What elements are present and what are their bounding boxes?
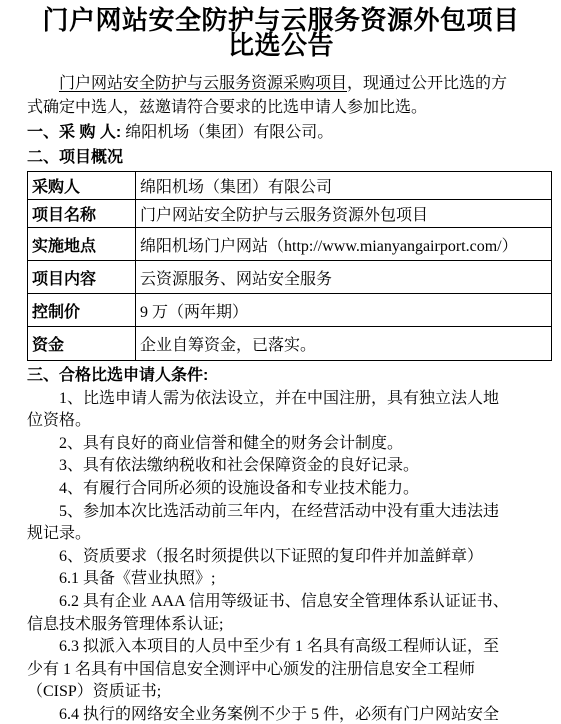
row-value: 企业自筹资金，已落实。: [136, 327, 552, 361]
page-title-line2: 比选公告: [228, 30, 334, 60]
overview-heading: 二、项目概况: [27, 145, 535, 170]
table-row-project-name: 项目名称 门户网站安全防护与云服务资源外包项目: [28, 200, 552, 228]
table-row-content: 项目内容 云资源服务、网站安全服务: [28, 261, 552, 294]
row-value: 9 万（两年期）: [136, 294, 552, 327]
intro-underlined-project-name: 门户网站安全防护与云服务资源采购项目: [59, 75, 347, 92]
row-label: 项目名称: [28, 200, 136, 228]
row-label: 实施地点: [28, 228, 136, 261]
row-label: 项目内容: [28, 261, 136, 294]
row-value: 绵阳机场（集团）有限公司: [136, 172, 552, 200]
condition-item-6-3: 6.3 拟派入本项目的人员中至少有 1 名具有高级工程师认证，至 少有 1 名具…: [27, 636, 535, 704]
condition-item-5: 5、参加本次比选活动前三年内，在经营活动中没有重大违法违 规记录。: [27, 501, 535, 546]
row-label: 资金: [28, 327, 136, 361]
row-value: 门户网站安全防护与云服务资源外包项目: [136, 200, 552, 228]
table-row-purchaser: 采购人 绵阳机场（集团）有限公司: [28, 172, 552, 200]
table-row-control-price: 控制价 9 万（两年期）: [28, 294, 552, 327]
row-value: 云资源服务、网站安全服务: [136, 261, 552, 294]
intro-paragraph: 门户网站安全防护与云服务资源采购项目，现通过公开比选的方 式确定中选人，兹邀请符…: [27, 72, 535, 120]
buyer-label: 一、采 购 人:: [27, 124, 121, 141]
page-title: 门户网站安全防护与云服务资源外包项目比选公告: [27, 8, 535, 58]
row-label: 采购人: [28, 172, 136, 200]
row-label: 控制价: [28, 294, 136, 327]
conditions-list: 1、比选申请人需为依法设立，并在中国注册，具有独立法人地 位资格。 2、具有良好…: [27, 388, 535, 724]
condition-item-4: 4、有履行合同所必须的设施设备和专业技术能力。: [27, 478, 535, 501]
condition-item-6-4: 6.4 执行的网络安全业务案例不少于 5 件，必须有门户网站安全: [27, 704, 535, 724]
project-overview-table: 采购人 绵阳机场（集团）有限公司 项目名称 门户网站安全防护与云服务资源外包项目…: [27, 171, 552, 361]
condition-item-6: 6、资质要求（报名时须提供以下证照的复印件并加盖鲜章）: [27, 546, 535, 569]
condition-item-3: 3、具有依法缴纳税收和社会保障资金的良好记录。: [27, 455, 535, 478]
document-page: 门户网站安全防护与云服务资源外包项目比选公告 门户网站安全防护与云服务资源采购项…: [0, 0, 561, 724]
condition-item-1: 1、比选申请人需为依法设立，并在中国注册，具有独立法人地 位资格。: [27, 388, 535, 433]
table-row-location: 实施地点 绵阳机场门户网站（http://www.mianyangairport…: [28, 228, 552, 261]
buyer-value: 绵阳机场（集团）有限公司。: [125, 124, 333, 141]
condition-item-6-1: 6.1 具备《营业执照》;: [27, 568, 535, 591]
table-row-funds: 资金 企业自筹资金，已落实。: [28, 327, 552, 361]
condition-item-6-2: 6.2 具有企业 AAA 信用等级证书、信息安全管理体系认证证书、 信息技术服务…: [27, 591, 535, 636]
condition-item-2: 2、具有良好的商业信誉和健全的财务会计制度。: [27, 433, 535, 456]
buyer-line: 一、采 购 人: 绵阳机场（集团）有限公司。: [27, 120, 535, 145]
conditions-heading: 三、合格比选申请人条件:: [27, 365, 535, 388]
row-value: 绵阳机场门户网站（http://www.mianyangairport.com/…: [136, 228, 552, 261]
